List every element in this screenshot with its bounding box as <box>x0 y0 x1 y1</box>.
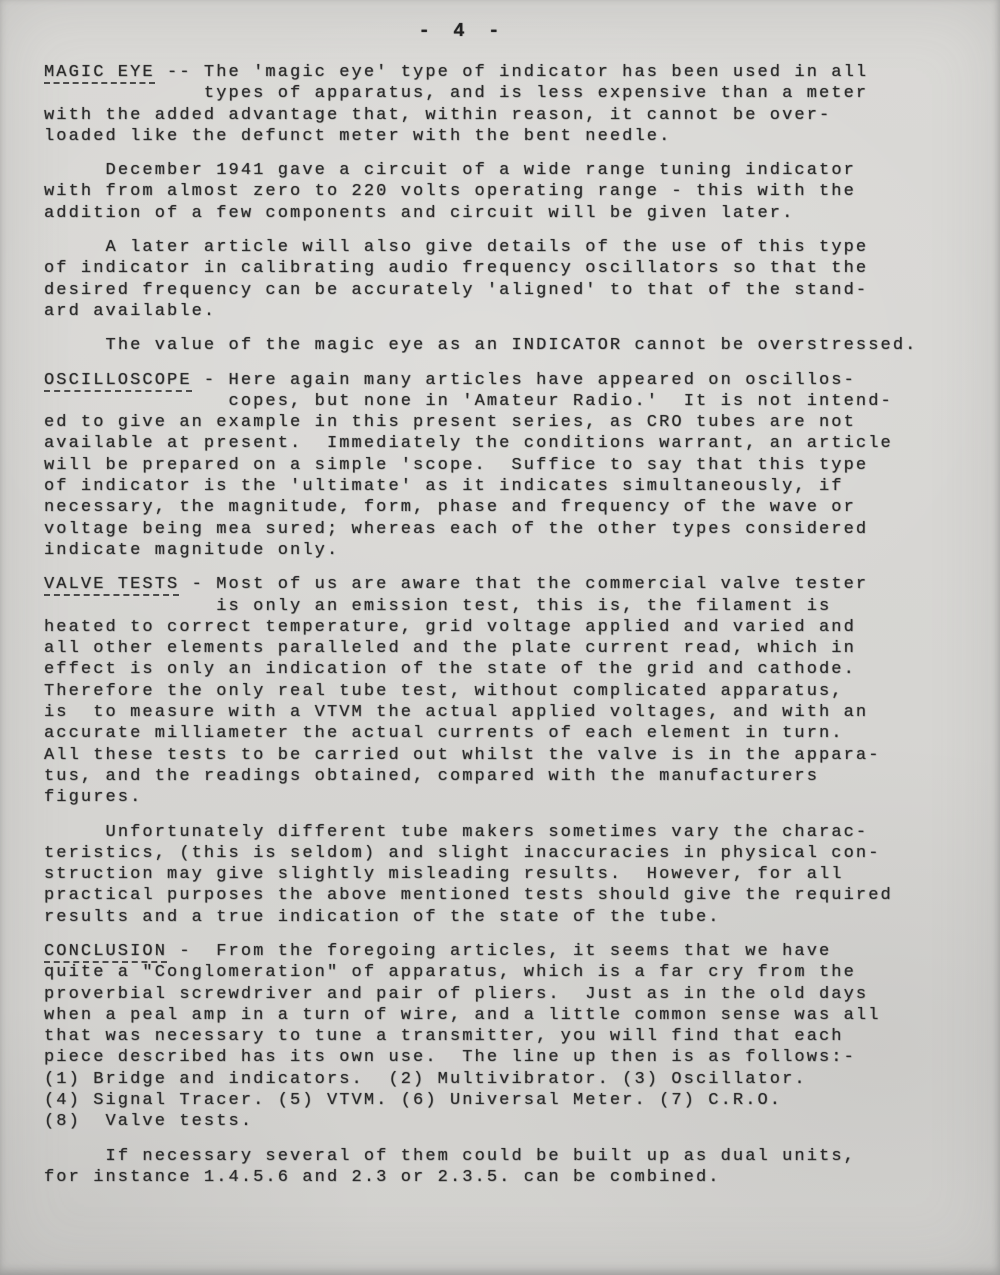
heading-conclusion: CONCLUSION <box>44 942 167 963</box>
heading-magic-eye: MAGIC EYE <box>44 63 155 84</box>
paragraph-dual-units: If necessary several of them could be bu… <box>44 1146 956 1189</box>
paragraph-later-article: A later article will also give details o… <box>44 237 956 322</box>
paragraph-indicator-value: The value of the magic eye as an INDICAT… <box>44 335 956 356</box>
heading-oscilloscope: OSCILLOSCOPE <box>44 371 192 392</box>
section-valve-tests-text: - Most of us are aware that the commerci… <box>44 575 881 807</box>
section-valve-tests: VALVE TESTS - Most of us are aware that … <box>44 574 956 808</box>
paragraph-indicator-value-text: The value of the magic eye as an INDICAT… <box>44 336 917 355</box>
paragraph-december-1941-text: December 1941 gave a circuit of a wide r… <box>44 161 856 223</box>
paragraph-dual-units-text: If necessary several of them could be bu… <box>44 1147 856 1187</box>
section-conclusion: CONCLUSION - From the foregoing articles… <box>44 941 956 1133</box>
paragraph-later-article-text: A later article will also give details o… <box>44 238 868 321</box>
heading-valve-tests: VALVE TESTS <box>44 575 179 596</box>
paragraph-tube-makers: Unfortunately different tube makers some… <box>44 822 956 928</box>
section-oscilloscope: OSCILLOSCOPE - Here again many articles … <box>44 370 956 562</box>
section-magic-eye-text: -- The 'magic eye' type of indicator has… <box>44 63 868 146</box>
section-magic-eye: MAGIC EYE -- The 'magic eye' type of ind… <box>44 62 956 147</box>
section-oscilloscope-text: - Here again many articles have appeared… <box>44 371 893 560</box>
paragraph-tube-makers-text: Unfortunately different tube makers some… <box>44 823 893 927</box>
paragraph-december-1941: December 1941 gave a circuit of a wide r… <box>44 160 956 224</box>
section-conclusion-text: - From the foregoing articles, it seems … <box>44 942 881 1131</box>
scanned-document-page: MAGIC EYE -- The 'magic eye' type of ind… <box>44 62 956 1201</box>
page-number: - 4 - <box>0 20 924 42</box>
